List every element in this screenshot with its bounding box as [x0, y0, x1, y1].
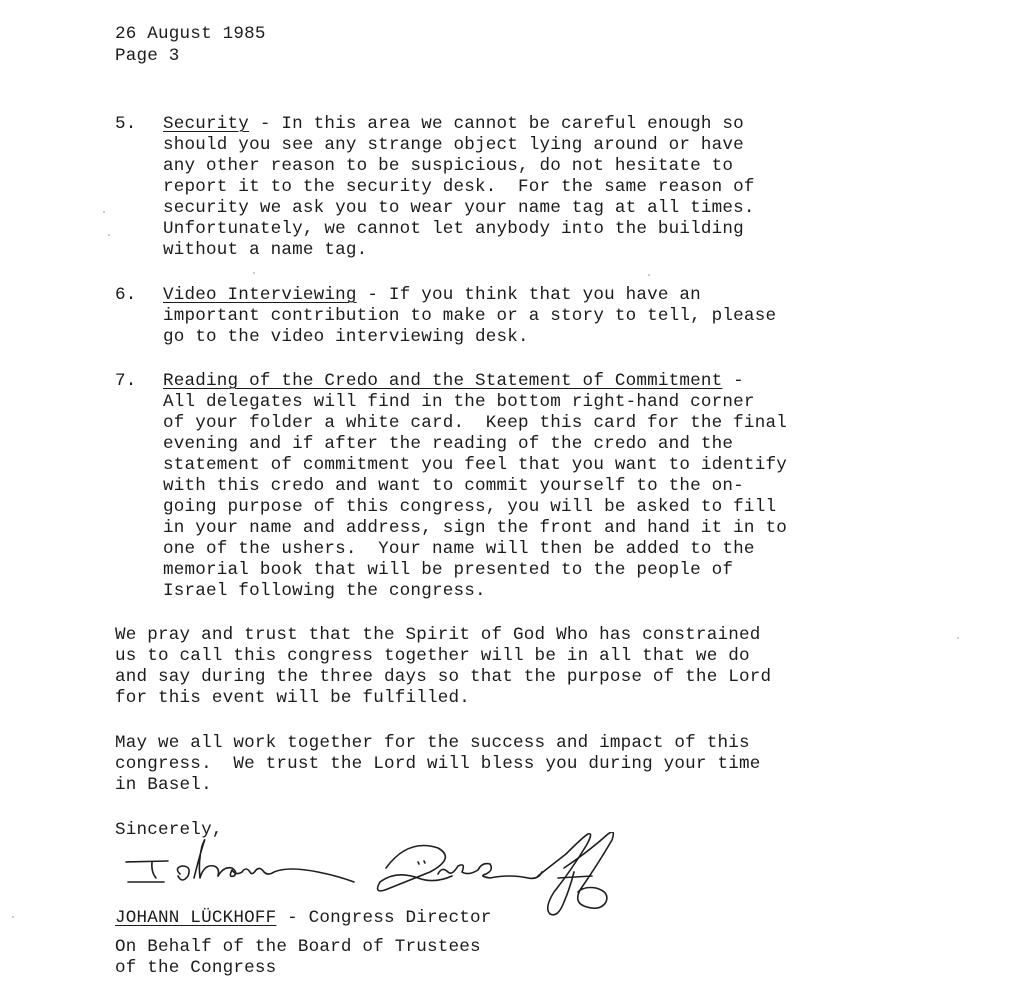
on-behalf-block: On Behalf of the Board of Trustees of th… — [115, 937, 481, 979]
signer-name: JOHANN LÜCKHOFF — [115, 908, 276, 928]
body-line: Israel following the congress. — [163, 581, 787, 602]
scan-speck — [12, 916, 14, 918]
body-line: All delegates will find in the bottom ri… — [163, 392, 787, 413]
scan-speck — [108, 234, 110, 236]
item-first-line-text: - If you think that you have an — [357, 285, 701, 305]
body-line: We pray and trust that the Spirit of God… — [115, 625, 771, 646]
behalf-line: On Behalf of the Board of Trustees — [115, 937, 481, 958]
body-line: go to the video interviewing desk. — [163, 327, 776, 348]
paragraph-blessing: May we all work together for the success… — [115, 733, 760, 796]
body-line: Unfortunately, we cannot let anybody int… — [163, 219, 755, 240]
item-first-line-text: - — [722, 371, 744, 391]
body-line: and say during the three days so that th… — [115, 667, 771, 688]
signer-title: - Congress Director — [276, 908, 491, 928]
body-line: with this credo and want to commit yours… — [163, 476, 787, 497]
item-first-line-text: - In this area we cannot be careful enou… — [249, 114, 744, 134]
body-line: without a name tag. — [163, 240, 755, 261]
body-line: important contribution to make or a stor… — [163, 306, 776, 327]
body-line: statement of commitment you feel that yo… — [163, 455, 787, 476]
letter-date: 26 August 1985 — [115, 24, 266, 45]
item-number: 7. — [115, 371, 137, 392]
body-line: security we ask you to wear your name ta… — [163, 198, 755, 219]
body-line: in your name and address, sign the front… — [163, 518, 787, 539]
body-line: in Basel. — [115, 775, 760, 796]
page-number: Page 3 — [115, 46, 180, 67]
scan-speck — [648, 274, 650, 276]
body-line: should you see any strange object lying … — [163, 135, 755, 156]
scan-speck — [957, 637, 959, 639]
body-line: memorial book that will be presented to … — [163, 560, 787, 581]
body-line: May we all work together for the success… — [115, 733, 760, 754]
body-line: evening and if after the reading of the … — [163, 434, 787, 455]
body-line: going purpose of this congress, you will… — [163, 497, 787, 518]
item-first-line: Video Interviewing - If you think that y… — [163, 285, 701, 306]
signer-line: JOHANN LÜCKHOFF - Congress Director — [115, 908, 492, 929]
item-first-line: Security - In this area we cannot be car… — [163, 114, 744, 135]
body-line: congress. We trust the Lord will bless y… — [115, 754, 760, 775]
item-heading: Security — [163, 114, 249, 134]
body-line: us to call this congress together will b… — [115, 646, 771, 667]
item-first-line: Reading of the Credo and the Statement o… — [163, 371, 744, 392]
scan-speck — [103, 211, 105, 213]
item-body: All delegates will find in the bottom ri… — [163, 392, 787, 602]
behalf-line: of the Congress — [115, 958, 481, 979]
item-number: 6. — [115, 285, 137, 306]
paragraph-prayer: We pray and trust that the Spirit of God… — [115, 625, 771, 709]
scan-speck — [253, 272, 255, 274]
body-line: for this event will be fulfilled. — [115, 688, 771, 709]
body-line: report it to the security desk. For the … — [163, 177, 755, 198]
item-heading: Video Interviewing — [163, 285, 357, 305]
body-line: any other reason to be suspicious, do no… — [163, 156, 755, 177]
item-heading: Reading of the Credo and the Statement o… — [163, 371, 722, 391]
item-body: should you see any strange object lying … — [163, 135, 755, 261]
body-line: one of the ushers. Your name will then b… — [163, 539, 787, 560]
item-number: 5. — [115, 114, 137, 135]
letter-page: 26 August 1985 Page 3 5. Security - In t… — [0, 0, 1024, 1002]
item-body: important contribution to make or a stor… — [163, 306, 776, 348]
body-line: of your folder a white card. Keep this c… — [163, 413, 787, 434]
